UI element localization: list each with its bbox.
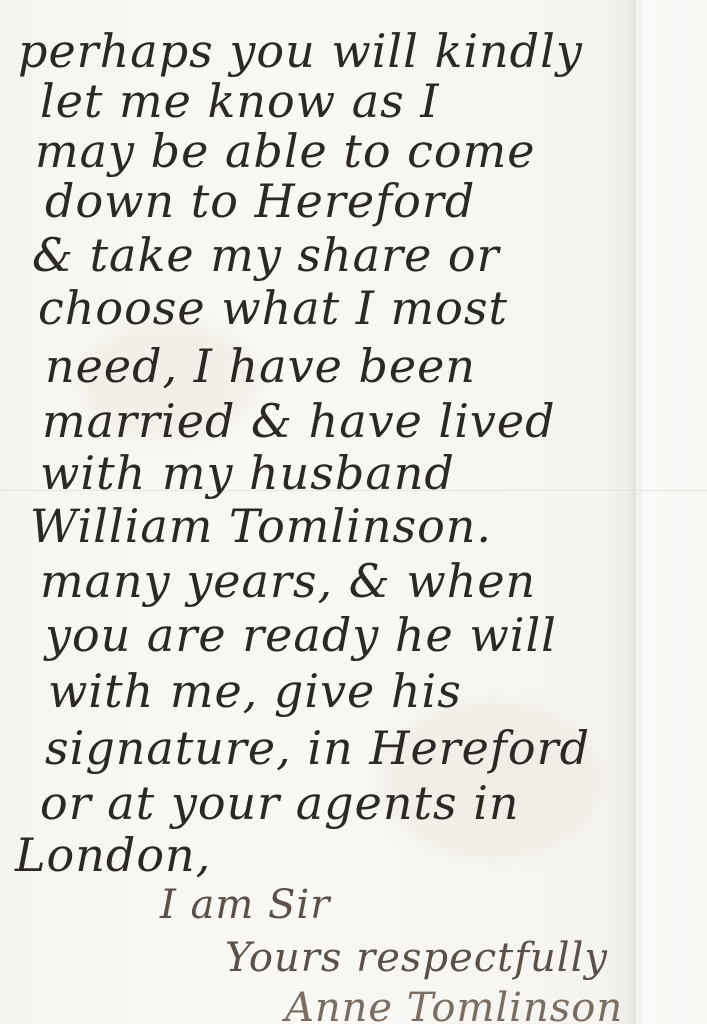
letter-line-3: may be able to come [35, 128, 535, 174]
letter-page: perhaps you will kindly let me know as I… [0, 0, 707, 1024]
letter-line-4: down to Hereford [45, 178, 475, 224]
letter-line-16: London, [15, 832, 211, 878]
letter-line-9: with my husband [40, 450, 455, 496]
letter-line-1: perhaps you will kindly [18, 28, 583, 74]
letter-line-6: choose what I most [38, 285, 508, 331]
closing-salutation: I am Sir [160, 882, 330, 928]
letter-line-12: you are ready he will [45, 612, 557, 658]
letter-line-14: signature, in Hereford [45, 725, 590, 771]
letter-line-13: with me, give his [48, 668, 462, 714]
letter-line-10: William Tomlinson. [30, 503, 492, 549]
signature: Anne Tomlinson [285, 985, 623, 1024]
vertical-fold-line [634, 0, 638, 1024]
letter-line-11: many years, & when [40, 558, 536, 604]
letter-line-8: married & have lived [42, 398, 556, 444]
letter-line-2: let me know as I [40, 78, 440, 124]
letter-line-7: need, I have been [45, 343, 476, 389]
closing-valediction: Yours respectfully [225, 935, 608, 981]
letter-line-5: & take my share or [32, 232, 500, 278]
letter-line-15: or at your agents in [40, 780, 520, 826]
